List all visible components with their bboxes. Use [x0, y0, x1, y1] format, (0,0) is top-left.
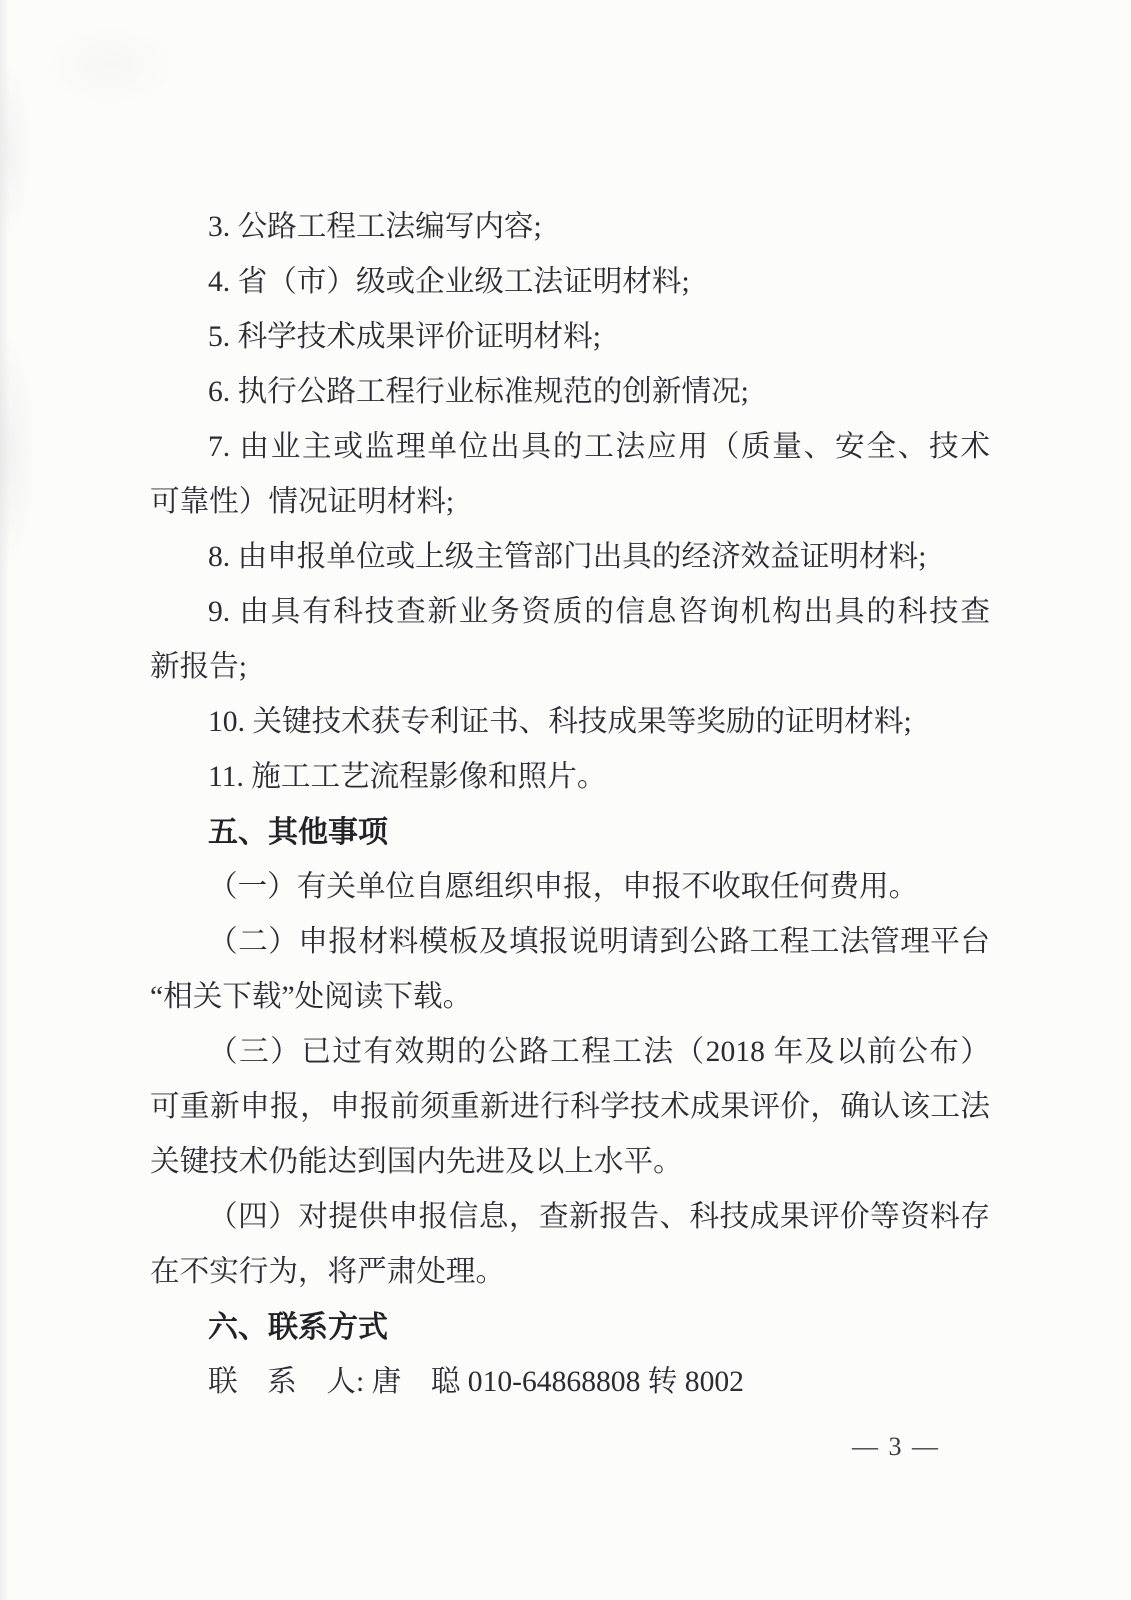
list-item-9-line1: 9. 由具有科技查新业务资质的信息咨询机构出具的科技查	[150, 585, 990, 640]
list-item-6: 6. 执行公路工程行业标准规范的创新情况;	[150, 365, 990, 420]
document-body: 3. 公路工程工法编写内容; 4. 省（市）级或企业级工法证明材料; 5. 科学…	[150, 200, 990, 1410]
section-heading-6-contact: 六、联系方式	[150, 1300, 990, 1355]
para-other-4-line2: 在不实行为，将严肃处理。	[150, 1245, 990, 1300]
contact-person-line: 联 系 人: 唐 聪 010-64868808 转 8002	[150, 1355, 990, 1410]
list-item-9-line2: 新报告;	[150, 640, 990, 695]
list-item-7-line2: 可靠性）情况证明材料;	[150, 475, 990, 530]
list-item-11: 11. 施工工艺流程影像和照片。	[150, 750, 990, 805]
document-page: 3. 公路工程工法编写内容; 4. 省（市）级或企业级工法证明材料; 5. 科学…	[0, 0, 1131, 1600]
list-item-7-line1: 7. 由业主或监理单位出具的工法应用（质量、安全、技术	[150, 420, 990, 475]
scan-smudge	[40, 20, 180, 110]
para-other-3-line1: （三）已过有效期的公路工程工法（2018 年及以前公布）	[150, 1025, 990, 1080]
list-item-3: 3. 公路工程工法编写内容;	[150, 200, 990, 255]
list-item-5: 5. 科学技术成果评价证明材料;	[150, 310, 990, 365]
para-other-1: （一）有关单位自愿组织申报，申报不收取任何费用。	[150, 860, 990, 915]
para-other-3-line3: 关键技术仍能达到国内先进及以上水平。	[150, 1135, 990, 1190]
section-heading-5-other-matters: 五、其他事项	[150, 805, 990, 860]
scan-smudge	[0, 60, 33, 240]
para-other-2-line1: （二）申报材料模板及填报说明请到公路工程工法管理平台	[150, 915, 990, 970]
list-item-10: 10. 关键技术获专利证书、科技成果等奖励的证明材料;	[150, 695, 990, 750]
page-number: — 3 —	[852, 1427, 938, 1467]
para-other-3-line2: 可重新申报，申报前须重新进行科学技术成果评价，确认该工法	[150, 1080, 990, 1135]
list-item-8: 8. 由申报单位或上级主管部门出具的经济效益证明材料;	[150, 530, 990, 585]
para-other-4-line1: （四）对提供申报信息，查新报告、科技成果评价等资料存	[150, 1190, 990, 1245]
scan-edge-artifact	[0, 0, 10, 1600]
list-item-4: 4. 省（市）级或企业级工法证明材料;	[150, 255, 990, 310]
para-other-2-line2: “相关下载”处阅读下载。	[150, 970, 990, 1025]
scan-smudge	[0, 330, 37, 570]
